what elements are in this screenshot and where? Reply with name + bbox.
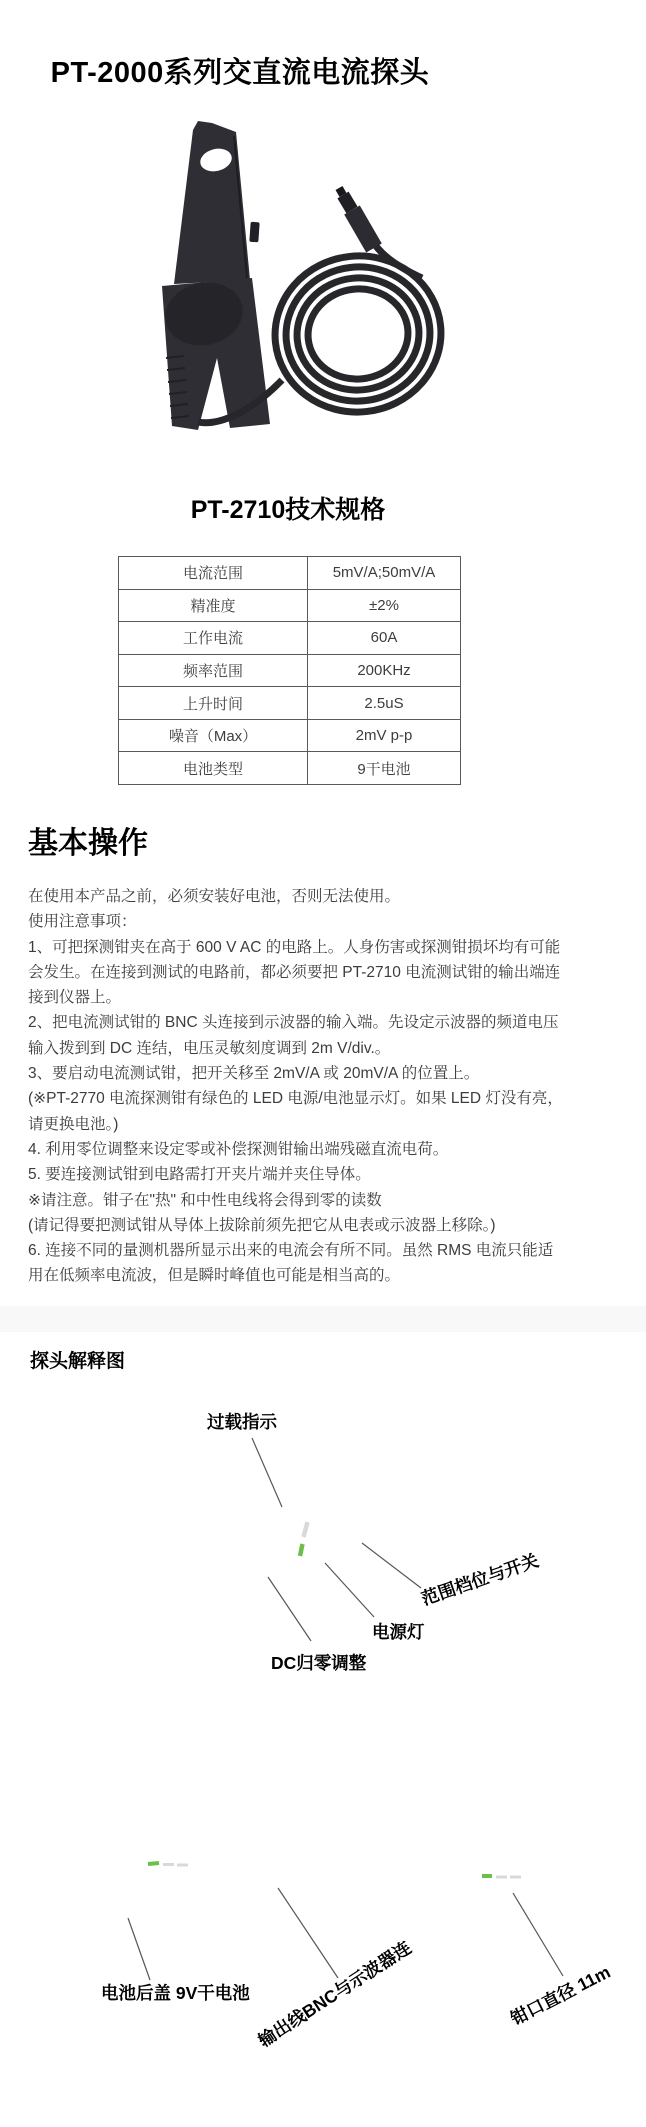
spec-value-cell: 200KHz [308,654,461,687]
leader-line-overload [252,1438,282,1507]
operation-line: 4. 利用零位调整来设定零或补偿探测钳输出端残磁直流电荷。 [28,1137,634,1162]
operation-line: (请记得要把测试钳从导体上拔除前须先把它从电表或示波器上移除。) [28,1213,634,1238]
callout-power-light: 电源灯 [372,1623,425,1641]
table-row: 电流范围5mV/A;50mV/A [119,557,461,590]
spec-label-cell: 噪音（Max） [119,719,308,752]
bnc-connector-body [352,210,374,248]
table-row: 上升时间2.5uS [119,687,461,720]
operation-line: 请更换电池。) [28,1112,634,1137]
spec-label-cell: 上升时间 [119,687,308,720]
leader-line-battery-cover [128,1918,150,1980]
product-page: PT-2000系列交直流电流探头 [0,0,646,2127]
green-dash-icon [148,1863,159,1864]
spec-value-cell: 2mV p-p [308,719,461,752]
operation-line: (※PT-2770 电流探测钳有绿色的 LED 电源/电池显示灯。如果 LED … [28,1086,634,1111]
operation-line: 3、要启动电流测试钳，把开关移至 2mV/A 或 20mV/A 的位置上。 [28,1061,634,1086]
section-divider [0,1306,646,1332]
leader-line-output-cable [278,1888,338,1978]
spec-value-cell: ±2% [308,589,461,622]
probe-jaw [174,121,250,284]
callout-overload: 过载指示 [207,1413,277,1431]
table-row: 精准度±2% [119,589,461,622]
operation-heading: 基本操作 [28,818,148,862]
spec-value-cell: 9干电池 [308,752,461,785]
callout-dc-zero: DC归零调整 [271,1654,366,1672]
table-row: 噪音（Max）2mV p-p [119,719,461,752]
spec-label-cell: 工作电流 [119,622,308,655]
operation-line: 2、把电流测试钳的 BNC 头连接到示波器的输入端。先设定示波器的频道电压 [28,1010,634,1035]
spec-label-cell: 电池类型 [119,752,308,785]
table-row: 电池类型9干电池 [119,752,461,785]
bnc-connector-neck [343,195,352,210]
led-green-dash-icon [300,1544,303,1556]
operation-paragraph: 在使用本产品之前，必须安装好电池，否则无法使用。使用注意事项：1、可把探测钳夹在… [28,884,634,1289]
operation-line: 接到仪器上。 [28,985,634,1010]
spec-label-cell: 频率范围 [119,654,308,687]
bnc-connector-tip [339,188,343,195]
leader-line-range-switch [362,1543,421,1588]
image-placeholder-dashes-left [148,1863,188,1865]
image-placeholder-dashes-right [482,1876,521,1877]
probe-side-button [249,222,259,243]
operation-line: 会发生。在连接到测试的电路前，都必须要把 PT-2710 电流测试钳的输出端连 [28,960,634,985]
spec-value-cell: 5mV/A;50mV/A [308,557,461,590]
spec-table: 电流范围5mV/A;50mV/A精准度±2%工作电流60A频率范围200KHz上… [118,556,461,785]
clamp-probe-illustration [100,118,520,463]
switch-slot-dash-icon [304,1522,308,1537]
operation-line: 5. 要连接测试钳到电路需打开夹片端并夹住导体。 [28,1162,634,1187]
spec-table-body: 电流范围5mV/A;50mV/A精准度±2%工作电流60A频率范围200KHz上… [119,557,461,785]
operation-line: 1、可把探测钳夹在高于 600 V AC 的电路上。人身伤害或探测钳损坏均有可能 [28,935,634,960]
coiled-cable [267,248,448,420]
product-photo [100,118,520,463]
operation-line: ※请注意。钳子在"热" 和中性电线将会得到零的读数 [28,1188,634,1213]
operation-line: 6. 连接不同的量测机器所显示出来的电流会有所不同。虽然 RMS 电流只能适 [28,1238,634,1263]
table-row: 工作电流60A [119,622,461,655]
table-row: 频率范围200KHz [119,654,461,687]
spec-value-cell: 60A [308,622,461,655]
operation-line: 输入拨到到 DC 连结，电压灵敏刻度调到 2m V/div.。 [28,1036,634,1061]
page-title: PT-2000系列交直流电流探头 [0,50,480,91]
operation-line: 使用注意事项： [28,909,634,934]
spec-heading: PT-2710技术规格 [0,490,576,526]
leader-line-dc-zero [268,1577,311,1641]
callout-battery-cover: 电池后盖 9V干电池 [101,1984,250,2002]
diagram-overlay [0,1400,646,2127]
operation-line: 用在低频率电流波，但是瞬时峰值也可能是相当高的。 [28,1263,634,1288]
leader-lines [128,1438,563,1980]
operation-line: 在使用本产品之前，必须安装好电池，否则无法使用。 [28,884,634,909]
diagram-heading: 探头解释图 [30,1346,125,1373]
leader-line-power-light [325,1563,374,1617]
spec-label-cell: 精准度 [119,589,308,622]
spec-label-cell: 电流范围 [119,557,308,590]
spec-value-cell: 2.5uS [308,687,461,720]
leader-line-jaw-diameter [513,1893,563,1976]
